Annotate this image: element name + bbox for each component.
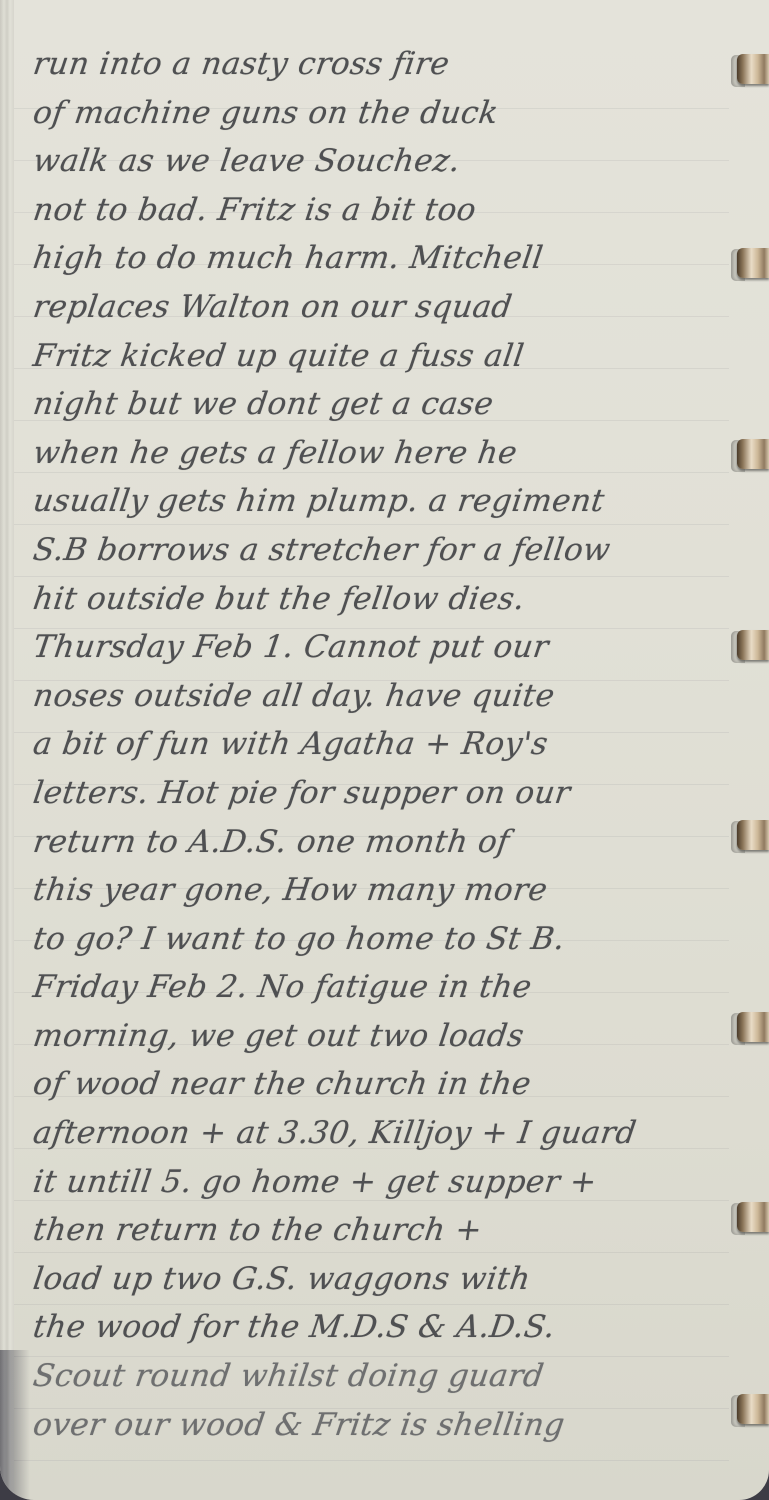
text-line: then return to the church + (30, 1206, 737, 1255)
entry-date-line: Friday Feb 2. No fatigue in the (30, 963, 737, 1012)
entry-date-line: Thursday Feb 1. Cannot put our (30, 623, 737, 672)
text-line: return to A.D.S. one month of (30, 818, 737, 867)
spiral-ring-icon (729, 437, 769, 475)
text-line: run into a nasty cross fire (30, 40, 737, 89)
text-line: of wood near the church in the (30, 1060, 737, 1109)
text-line: of machine guns on the duck (30, 89, 737, 138)
page-corner-shadow (0, 1350, 30, 1500)
text-line: afternoon + at 3.30, Killjoy + I guard (30, 1109, 737, 1158)
spiral-ring-icon (729, 818, 769, 856)
text-line: night but we dont get a case (30, 380, 737, 429)
spiral-ring-icon (729, 52, 769, 90)
text-line: when he gets a fellow here he (30, 429, 737, 478)
handwritten-text: run into a nasty cross fire of machine g… (30, 40, 730, 1449)
ruled-line (14, 1460, 729, 1461)
text-line: it untill 5. go home + get supper + (30, 1158, 737, 1207)
text-line: not to bad. Fritz is a bit too (30, 186, 737, 235)
text-line: this year gone, How many more (30, 866, 737, 915)
spiral-ring-icon (729, 246, 769, 284)
spiral-ring-icon (729, 1200, 769, 1238)
text-line: letters. Hot pie for supper on our (30, 769, 737, 818)
diary-page: run into a nasty cross fire of machine g… (0, 0, 769, 1500)
text-line: hit outside but the fellow dies. (30, 575, 737, 624)
text-line: Scout round whilst doing guard (30, 1352, 737, 1401)
spiral-ring-icon (729, 1392, 769, 1430)
text-line: to go? I want to go home to St B. (30, 915, 737, 964)
spiral-ring-icon (729, 1010, 769, 1048)
text-line: Fritz kicked up quite a fuss all (30, 332, 737, 381)
text-line: over our wood & Fritz is shelling (30, 1401, 737, 1450)
text-line: walk as we leave Souchez. (30, 137, 737, 186)
text-line: load up two G.S. waggons with (30, 1255, 737, 1304)
text-line: usually gets him plump. a regiment (30, 477, 737, 526)
text-line: replaces Walton on our squad (30, 283, 737, 332)
text-line: noses outside all day. have quite (30, 672, 737, 721)
text-line: high to do much harm. Mitchell (30, 234, 737, 283)
text-line: a bit of fun with Agatha + Roy's (30, 720, 737, 769)
text-line: S.B borrows a stretcher for a fellow (30, 526, 737, 575)
spiral-ring-icon (729, 628, 769, 666)
text-line: morning, we get out two loads (30, 1012, 737, 1061)
text-line: the wood for the M.D.S & A.D.S. (30, 1303, 737, 1352)
